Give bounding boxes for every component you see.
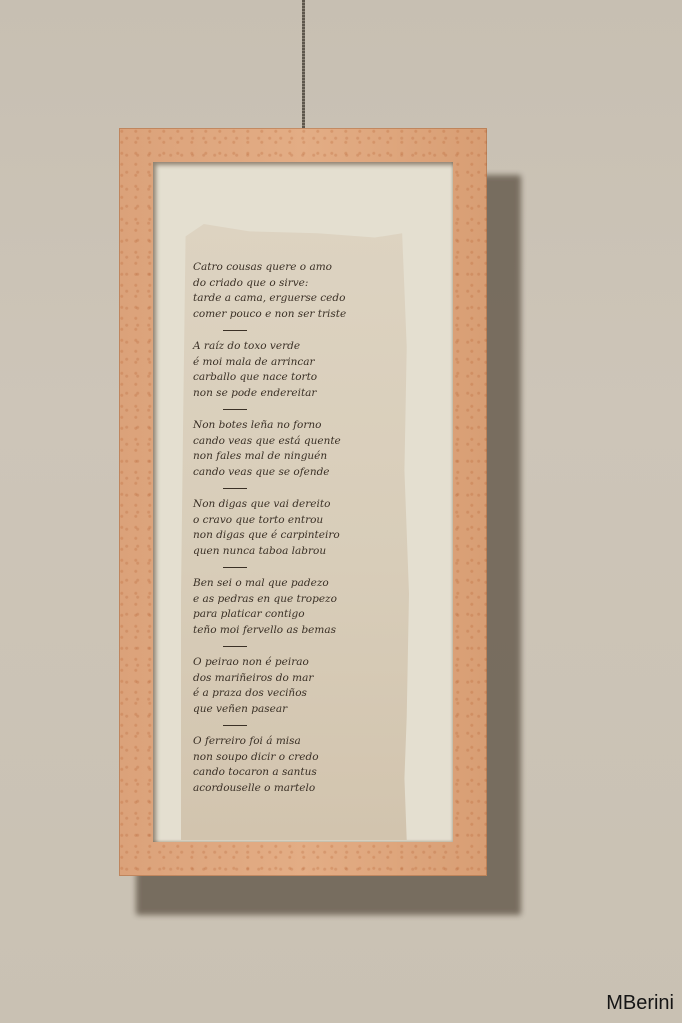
- verse-line: o cravo que torto entrou: [193, 513, 378, 529]
- verse-line: O peirao non é peirao: [193, 655, 378, 671]
- photographer-watermark: MBerini: [606, 992, 674, 1015]
- stanza: O peirao non é peirao dos mariñeiros do …: [193, 655, 378, 717]
- verse-line: O ferreiro foi á misa: [193, 734, 378, 750]
- stanza: A raíz do toxo verde é moi mala de arrin…: [193, 339, 378, 401]
- verse-line: teño moi fervello as bemas: [193, 623, 378, 639]
- verse-line: Non botes leña no forno: [193, 418, 378, 434]
- verse-line: acordouselle o martelo: [193, 781, 378, 797]
- manuscript-paper: Catro cousas quere o amo do criado que o…: [181, 224, 409, 840]
- stanza: Non botes leña no forno cando veas que e…: [193, 418, 378, 480]
- manuscript-text: Catro cousas quere o amo do criado que o…: [193, 260, 378, 812]
- verse-line: cando tocaron a santus: [193, 765, 378, 781]
- verse-line: carballo que nace torto: [193, 370, 378, 386]
- verse-line: Non digas que vai dereito: [193, 497, 378, 513]
- verse-line: para platicar contigo: [193, 607, 378, 623]
- verse-line: dos mariñeiros do mar: [193, 671, 378, 687]
- verse-line: e as pedras en que tropezo: [193, 592, 378, 608]
- verse-line: non se pode endereitar: [193, 386, 378, 402]
- verse-line: quen nunca taboa labrou: [193, 544, 378, 560]
- verse-line: cando veas que está quente: [193, 434, 378, 450]
- picture-frame: Catro cousas quere o amo do criado que o…: [119, 128, 487, 876]
- verse-line: non soupo dicir o credo: [193, 750, 378, 766]
- verse-line: que veñen pasear: [193, 702, 378, 718]
- stanza-divider: [223, 567, 247, 568]
- verse-line: é moi mala de arrincar: [193, 355, 378, 371]
- verse-line: comer pouco e non ser triste: [193, 307, 378, 323]
- frame-mat: Catro cousas quere o amo do criado que o…: [153, 162, 453, 842]
- verse-line: Ben sei o mal que padezo: [193, 576, 378, 592]
- verse-line: non digas que é carpinteiro: [193, 528, 378, 544]
- verse-line: do criado que o sirve:: [193, 276, 378, 292]
- verse-line: A raíz do toxo verde: [193, 339, 378, 355]
- verse-line: tarde a cama, erguerse cedo: [193, 291, 378, 307]
- verse-line: é a praza dos veciños: [193, 686, 378, 702]
- stanza-divider: [223, 330, 247, 331]
- stanza-divider: [223, 409, 247, 410]
- hanging-wire: [302, 0, 305, 130]
- stanza: O ferreiro foi á misa non soupo dicir o …: [193, 734, 378, 796]
- stanza: Non digas que vai dereito o cravo que to…: [193, 497, 378, 559]
- verse-line: Catro cousas quere o amo: [193, 260, 378, 276]
- verse-line: non fales mal de ninguén: [193, 449, 378, 465]
- stanza-divider: [223, 646, 247, 647]
- stanza-divider: [223, 725, 247, 726]
- verse-line: cando veas que se ofende: [193, 465, 378, 481]
- stanza: Ben sei o mal que padezo e as pedras en …: [193, 576, 378, 638]
- stanza-divider: [223, 488, 247, 489]
- stanza: Catro cousas quere o amo do criado que o…: [193, 260, 378, 322]
